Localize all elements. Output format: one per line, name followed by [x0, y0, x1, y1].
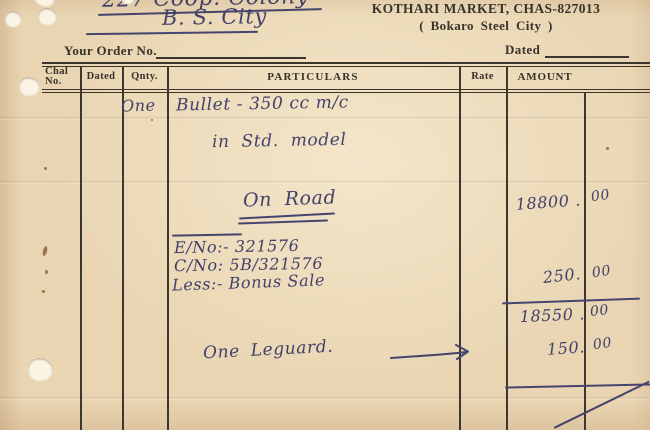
header-dated: Dated — [81, 71, 121, 82]
stain-speck — [606, 147, 609, 150]
punch-hole — [19, 77, 40, 96]
column-divider — [167, 66, 169, 430]
entry-less-bonus-label: Less:- Bonus Sale — [172, 270, 326, 294]
dated-line — [545, 56, 629, 58]
entry-on-road-paise: 00 — [590, 187, 611, 205]
total-pen-line — [505, 383, 650, 388]
vendor-city: ( Bokaro Steel City ) — [358, 18, 614, 34]
stain-speck — [42, 246, 48, 257]
entry-qty: One — [121, 95, 156, 115]
on-road-underline — [239, 212, 335, 219]
entry-subtotal-amount: 18550 . — [505, 304, 586, 326]
order-no-line — [156, 57, 306, 59]
paper-crease — [0, 396, 650, 400]
address-underline — [86, 31, 258, 35]
handwritten-arrow — [388, 342, 478, 364]
diagonal-pen-stroke — [554, 381, 650, 429]
entry-on-road-amount: 18800 . — [504, 190, 581, 214]
punch-hole — [28, 358, 53, 381]
table-top-rule2 — [42, 66, 650, 67]
column-divider — [122, 66, 124, 430]
stain-speck — [44, 167, 47, 170]
stain-speck — [45, 270, 48, 274]
engine-no-overline — [172, 233, 242, 236]
subtotal-pen-line — [502, 298, 640, 305]
entry-item-line2: in Std. model — [212, 130, 347, 152]
entry-on-road-label: On Road — [243, 186, 337, 211]
entry-leg-guard-label: One Leguard. — [203, 337, 334, 364]
vendor-name: KOTHARI MARKET, CHAS-827013 — [358, 1, 614, 17]
header-rate: Rate — [460, 71, 505, 82]
column-divider — [459, 66, 461, 430]
table-top-rule — [42, 62, 650, 64]
paise-divider — [584, 93, 586, 430]
paper-crease — [0, 180, 650, 184]
header-qnty: Qnty. — [123, 71, 166, 82]
entry-leg-guard-amount: 150. — [504, 337, 585, 362]
header-particulars: PARTICULARS — [168, 71, 458, 83]
header-amount: AMOUNT — [507, 71, 583, 83]
entry-item-line1: Bullet - 350 cc m/c — [176, 92, 349, 115]
order-no-label: Your Order No. — [64, 43, 157, 59]
stain-speck — [42, 290, 45, 293]
dated-label: Dated — [505, 42, 540, 58]
punch-hole — [5, 11, 22, 27]
entry-subtotal-paise: 00 — [589, 302, 610, 320]
on-road-underline2 — [238, 219, 328, 224]
column-divider — [506, 66, 508, 430]
header-bottom-rule — [42, 89, 650, 91]
scanned-invoice: 227 Coop. Colony B. S. City KOTHARI MARK… — [0, 0, 650, 430]
entry-bonus-amount: 250. — [504, 264, 582, 291]
stain-speck — [151, 119, 153, 121]
punch-hole — [38, 8, 57, 25]
header-chal-no: Chal No. — [45, 67, 78, 87]
paper-crease — [0, 116, 650, 120]
handwritten-address-line2: B. S. City — [162, 4, 267, 30]
column-divider — [80, 66, 82, 430]
entry-bonus-paise: 00 — [591, 263, 612, 281]
entry-leg-guard-paise: 00 — [592, 335, 613, 353]
